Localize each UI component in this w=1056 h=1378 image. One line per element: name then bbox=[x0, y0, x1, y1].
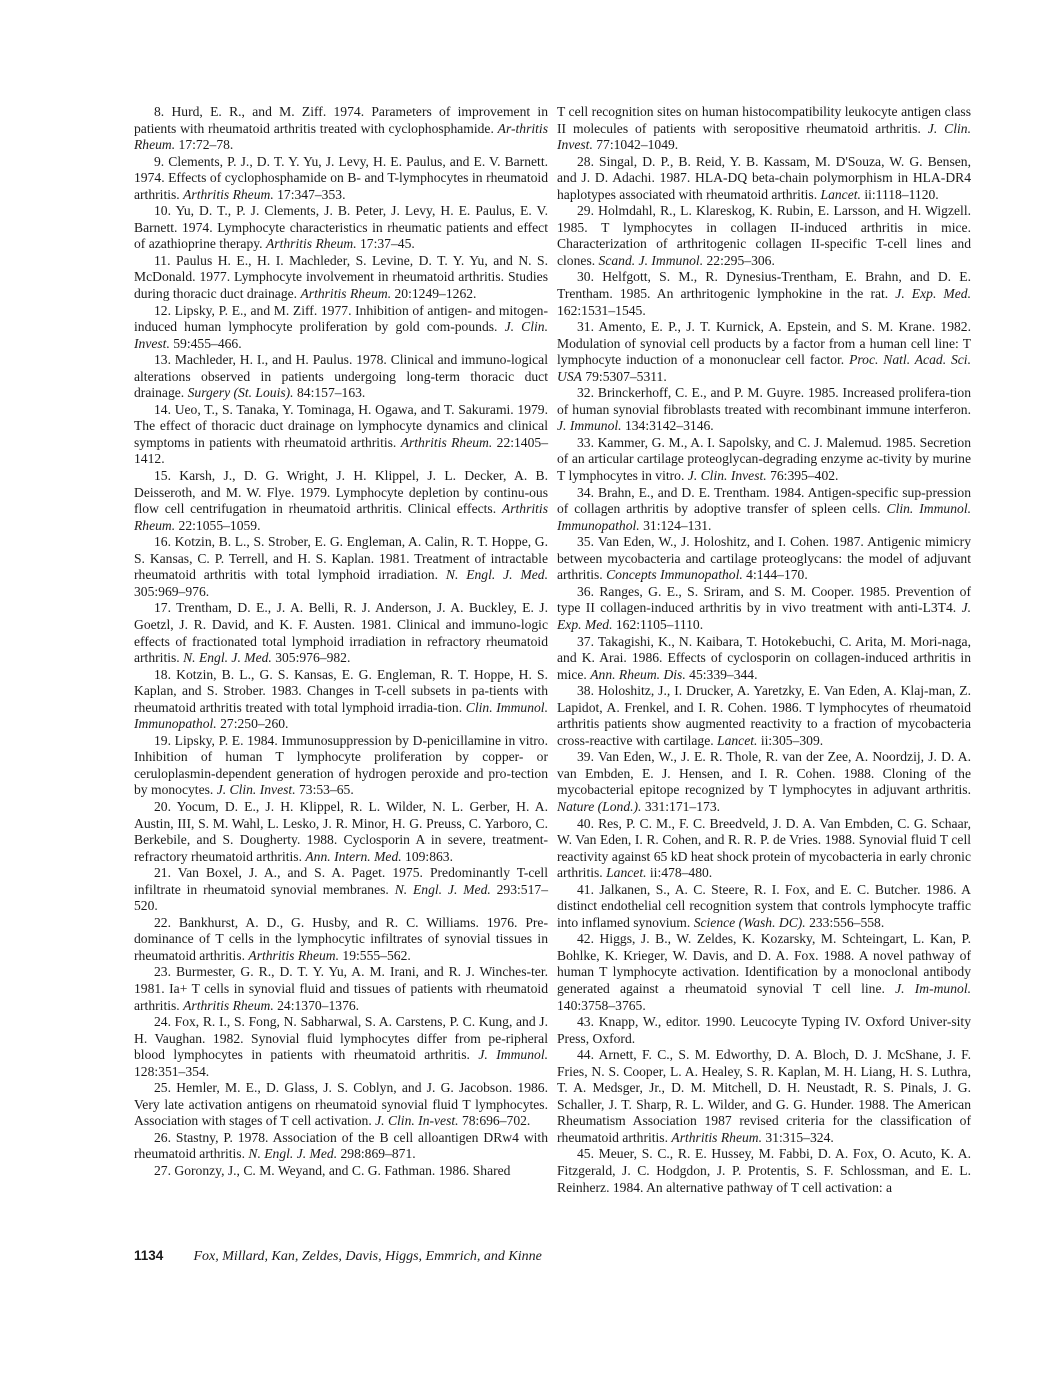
reference-entry: T cell recognition sites on human histoc… bbox=[557, 104, 971, 154]
journal-title: Arthritis Rheum. bbox=[183, 187, 274, 202]
reference-entry: 32. Brinckerhoff, C. E., and P. M. Guyre… bbox=[557, 385, 971, 435]
reference-entry: 21. Van Boxel, J. A., and S. A. Paget. 1… bbox=[134, 865, 548, 915]
reference-entry: 10. Yu, D. T., P. J. Clements, J. B. Pet… bbox=[134, 203, 548, 253]
reference-entry: 37. Takagishi, K., N. Kaibara, T. Hotoke… bbox=[557, 634, 971, 684]
journal-title: J. Im-munol. bbox=[895, 981, 971, 996]
reference-entry: 20. Yocum, D. E., J. H. Klippel, R. L. W… bbox=[134, 799, 548, 865]
references-left-column: 8. Hurd, E. R., and M. Ziff. 1974. Param… bbox=[134, 104, 548, 1180]
reference-text: 76:395–402. bbox=[767, 468, 839, 483]
reference-entry: 42. Higgs, J. B., W. Zeldes, K. Kozarsky… bbox=[557, 931, 971, 1014]
journal-title: Arthritis Rheum. bbox=[401, 435, 493, 450]
reference-text: 12. Lipsky, P. E., and M. Ziff. 1977. In… bbox=[134, 303, 548, 335]
journal-title: N. Engl. J. Med. bbox=[248, 1146, 337, 1161]
journal-title: Lancet. bbox=[821, 187, 861, 202]
journal-title: Arthritis Rheum. bbox=[266, 236, 357, 251]
reference-text: 109:863. bbox=[402, 849, 453, 864]
reference-text: 305:969–976. bbox=[134, 584, 209, 599]
page-footer: 1134 Fox, Millard, Kan, Zeldes, Davis, H… bbox=[134, 1248, 554, 1265]
reference-text: 77:1042–1049. bbox=[593, 137, 678, 152]
reference-text: 20:1249–1262. bbox=[391, 286, 476, 301]
page-number: 1134 bbox=[134, 1248, 190, 1263]
journal-title: Concepts Immunopathol. bbox=[606, 567, 743, 582]
reference-text: 162:1531–1545. bbox=[557, 303, 646, 318]
reference-text: 22:1055–1059. bbox=[175, 518, 260, 533]
reference-text: 59:455–466. bbox=[170, 336, 242, 351]
reference-text: 17:72–78. bbox=[175, 137, 233, 152]
reference-text: 8. Hurd, E. R., and M. Ziff. 1974. Param… bbox=[134, 104, 548, 136]
reference-entry: 30. Helfgott, S. M., R. Dynesius-Trentha… bbox=[557, 269, 971, 319]
journal-title: J. Immunol. bbox=[557, 418, 622, 433]
journal-title: Surgery (St. Louis). bbox=[188, 385, 294, 400]
journal-title: J. Clin. Invest. bbox=[688, 468, 767, 483]
reference-text: 79:5307–5311. bbox=[582, 369, 667, 384]
reference-entry: 19. Lipsky, P. E. 1984. Immunosuppressio… bbox=[134, 733, 548, 799]
reference-entry: 38. Holoshitz, J., I. Drucker, A. Yaretz… bbox=[557, 683, 971, 749]
reference-text: ii:305–309. bbox=[757, 733, 823, 748]
reference-entry: 13. Machleder, H. I., and H. Paulus. 197… bbox=[134, 352, 548, 402]
journal-title: J. Exp. Med. bbox=[895, 286, 971, 301]
reference-entry: 45. Meuer, S. C., R. E. Hussey, M. Fabbi… bbox=[557, 1146, 971, 1196]
reference-text: 36. Ranges, G. E., S. Sriram, and S. M. … bbox=[557, 584, 971, 616]
reference-text: 27. Goronzy, J., C. M. Weyand, and C. G.… bbox=[154, 1163, 510, 1178]
journal-title: Arthritis Rheum. bbox=[183, 998, 274, 1013]
reference-text: 22:295–306. bbox=[703, 253, 775, 268]
journal-title: Lancet. bbox=[717, 733, 757, 748]
reference-text: 4:144–170. bbox=[743, 567, 808, 582]
reference-entry: 17. Trentham, D. E., J. A. Belli, R. J. … bbox=[134, 600, 548, 666]
journal-title: J. Immunol. bbox=[478, 1047, 548, 1062]
reference-text: 31:124–131. bbox=[640, 518, 712, 533]
reference-text: 32. Brinckerhoff, C. E., and P. M. Guyre… bbox=[557, 385, 971, 417]
reference-entry: 39. Van Eden, W., J. E. R. Thole, R. van… bbox=[557, 749, 971, 815]
journal-title: N. Engl. J. Med. bbox=[183, 650, 272, 665]
references-right-column: T cell recognition sites on human histoc… bbox=[557, 104, 971, 1196]
reference-text: 73:53–65. bbox=[296, 782, 354, 797]
reference-text: 305:976–982. bbox=[272, 650, 351, 665]
reference-entry: 24. Fox, R. I., S. Fong, N. Sabharwal, S… bbox=[134, 1014, 548, 1080]
reference-text: 134:3142–3146. bbox=[622, 418, 714, 433]
reference-text: 298:869–871. bbox=[337, 1146, 416, 1161]
reference-text: 84:157–163. bbox=[294, 385, 366, 400]
reference-text: ii:478–480. bbox=[647, 865, 713, 880]
reference-text: 43. Knapp, W., editor. 1990. Leucocyte T… bbox=[557, 1014, 971, 1046]
reference-text: 39. Van Eden, W., J. E. R. Thole, R. van… bbox=[557, 749, 971, 797]
reference-entry: 23. Burmester, G. R., D. T. Y. Yu, A. M.… bbox=[134, 964, 548, 1014]
journal-title: Science (Wash. DC). bbox=[694, 915, 806, 930]
document-page: 8. Hurd, E. R., and M. Ziff. 1974. Param… bbox=[0, 0, 1056, 1378]
journal-title: N. Engl. J. Med. bbox=[446, 567, 548, 582]
reference-entry: 8. Hurd, E. R., and M. Ziff. 1974. Param… bbox=[134, 104, 548, 154]
reference-entry: 9. Clements, P. J., D. T. Y. Yu, J. Levy… bbox=[134, 154, 548, 204]
reference-text: 31:315–324. bbox=[762, 1130, 834, 1145]
reference-text: T cell recognition sites on human histoc… bbox=[557, 104, 971, 136]
reference-entry: 28. Singal, D. P., B. Reid, Y. B. Kassam… bbox=[557, 154, 971, 204]
reference-entry: 12. Lipsky, P. E., and M. Ziff. 1977. In… bbox=[134, 303, 548, 353]
reference-text: 45:339–344. bbox=[686, 667, 758, 682]
reference-text: 233:556–558. bbox=[806, 915, 885, 930]
journal-title: Arthritis Rheum. bbox=[248, 948, 339, 963]
reference-entry: 35. Van Eden, W., J. Holoshitz, and I. C… bbox=[557, 534, 971, 584]
reference-entry: 11. Paulus H. E., H. I. Machleder, S. Le… bbox=[134, 253, 548, 303]
journal-title: Nature (Lond.). bbox=[557, 799, 641, 814]
reference-text: 15. Karsh, J., D. G. Wright, J. H. Klipp… bbox=[134, 468, 548, 516]
reference-entry: 16. Kotzin, B. L., S. Strober, E. G. Eng… bbox=[134, 534, 548, 600]
journal-title: Arthritis Rheum. bbox=[300, 286, 391, 301]
reference-entry: 33. Kammer, G. M., A. I. Sapolsky, and C… bbox=[557, 435, 971, 485]
reference-text: 17:37–45. bbox=[357, 236, 415, 251]
reference-entry: 41. Jalkanen, S., A. C. Steere, R. I. Fo… bbox=[557, 882, 971, 932]
reference-text: 162:1105–1110. bbox=[612, 617, 703, 632]
reference-text: ii:1118–1120. bbox=[861, 187, 939, 202]
journal-title: N. Engl. J. Med. bbox=[395, 882, 491, 897]
reference-text: 128:351–354. bbox=[134, 1064, 209, 1079]
reference-text: 17:347–353. bbox=[274, 187, 346, 202]
reference-entry: 22. Bankhurst, A. D., G. Husby, and R. C… bbox=[134, 915, 548, 965]
journal-title: J. Clin. In-vest. bbox=[375, 1113, 458, 1128]
reference-text: 24:1370–1376. bbox=[274, 998, 359, 1013]
reference-entry: 40. Res, P. C. M., F. C. Breedveld, J. D… bbox=[557, 816, 971, 882]
reference-entry: 27. Goronzy, J., C. M. Weyand, and C. G.… bbox=[134, 1163, 548, 1180]
reference-entry: 29. Holmdahl, R., L. Klareskog, K. Rubin… bbox=[557, 203, 971, 269]
reference-entry: 15. Karsh, J., D. G. Wright, J. H. Klipp… bbox=[134, 468, 548, 534]
reference-text: 45. Meuer, S. C., R. E. Hussey, M. Fabbi… bbox=[557, 1146, 971, 1194]
reference-entry: 44. Arnett, F. C., S. M. Edworthy, D. A.… bbox=[557, 1047, 971, 1146]
reference-text: 78:696–702. bbox=[459, 1113, 531, 1128]
journal-title: Ann. Intern. Med. bbox=[305, 849, 401, 864]
reference-entry: 43. Knapp, W., editor. 1990. Leucocyte T… bbox=[557, 1014, 971, 1047]
reference-entry: 36. Ranges, G. E., S. Sriram, and S. M. … bbox=[557, 584, 971, 634]
reference-text: 27:250–260. bbox=[217, 716, 289, 731]
reference-entry: 14. Ueo, T., S. Tanaka, Y. Tominaga, H. … bbox=[134, 402, 548, 468]
journal-title: Scand. J. Immunol. bbox=[599, 253, 704, 268]
journal-title: Ann. Rheum. Dis. bbox=[590, 667, 686, 682]
reference-text: 19:555–562. bbox=[339, 948, 411, 963]
reference-entry: 25. Hemler, M. E., D. Glass, J. S. Cobly… bbox=[134, 1080, 548, 1130]
reference-entry: 34. Brahn, E., and D. E. Trentham. 1984.… bbox=[557, 485, 971, 535]
journal-title: Lancet. bbox=[606, 865, 646, 880]
running-footer-authors: Fox, Millard, Kan, Zeldes, Davis, Higgs,… bbox=[194, 1249, 542, 1264]
reference-entry: 31. Amento, E. P., J. T. Kurnick, A. Eps… bbox=[557, 319, 971, 385]
reference-text: 140:3758–3765. bbox=[557, 998, 646, 1013]
journal-title: J. Clin. Invest. bbox=[217, 782, 296, 797]
reference-text: 331:171–173. bbox=[641, 799, 720, 814]
reference-entry: 18. Kotzin, B. L., G. S. Kansas, E. G. E… bbox=[134, 667, 548, 733]
journal-title: Arthritis Rheum. bbox=[671, 1130, 762, 1145]
reference-entry: 26. Stastny, P. 1978. Association of the… bbox=[134, 1130, 548, 1163]
